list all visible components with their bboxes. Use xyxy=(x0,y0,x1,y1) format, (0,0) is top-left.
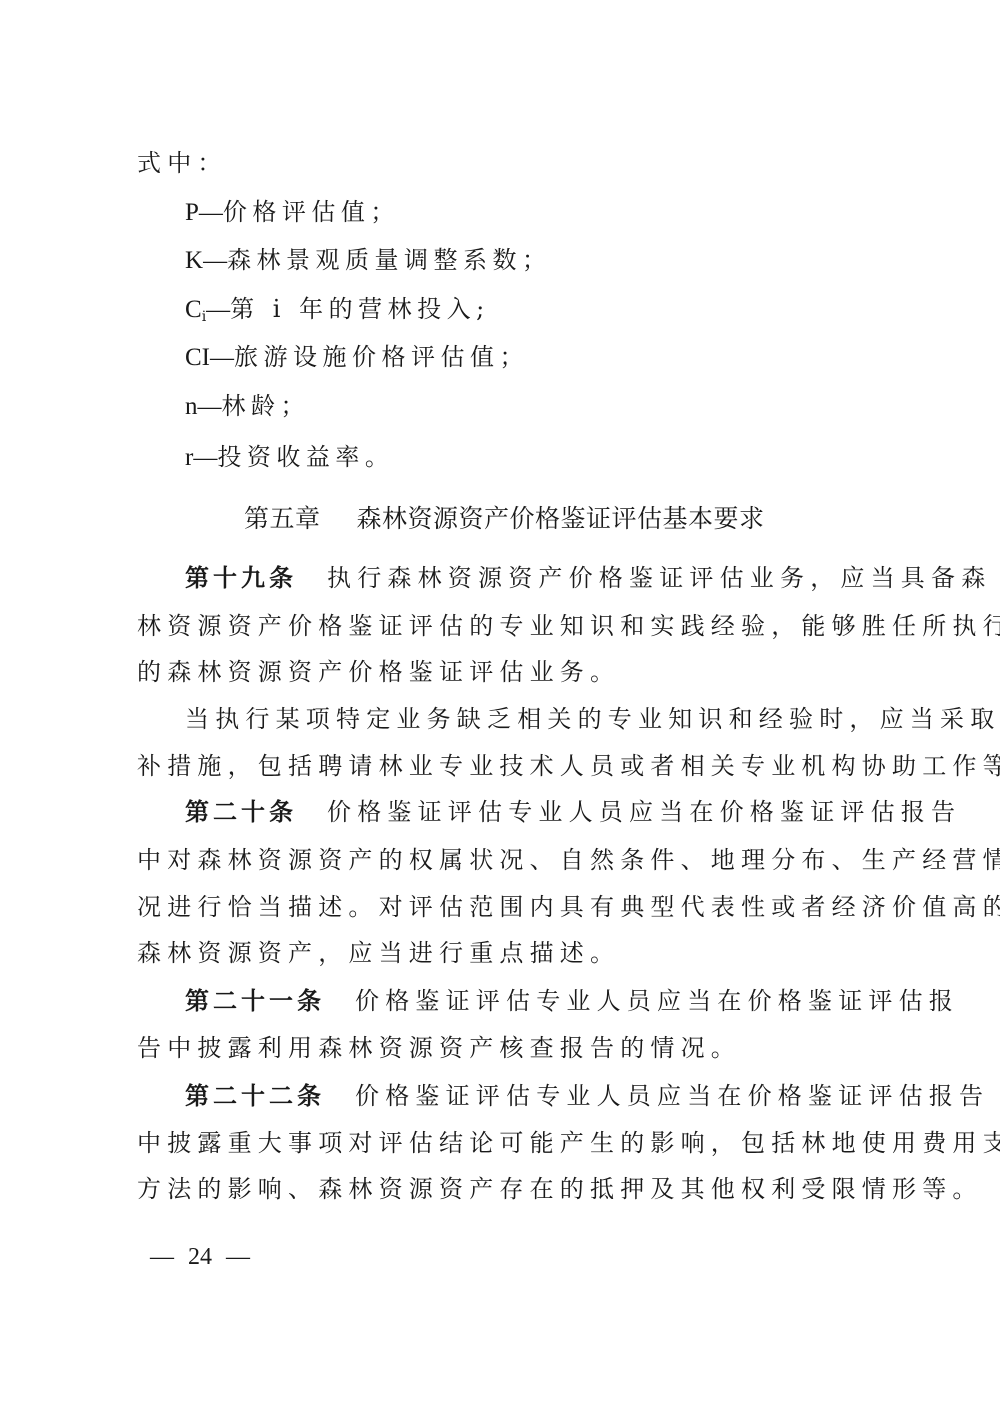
formula-legend-intro: 式中： xyxy=(137,146,228,180)
legend-dash: — xyxy=(210,345,234,371)
legend-desc: 投资收益率。 xyxy=(217,443,394,471)
article-label: 第二十二条 xyxy=(185,1082,325,1110)
article-22-line-3: 方法的影响、森林资源资产存在的抵押及其他权利受限情形等。 xyxy=(137,1172,983,1206)
article-text: 执行森林资源资产价格鉴证评估业务，应当具备森 xyxy=(327,564,991,592)
page-number-footer: —24— xyxy=(150,1240,250,1274)
legend-desc: 价格评估值； xyxy=(223,198,400,226)
legend-item-r: r—投资收益率。 xyxy=(185,440,394,474)
article-21-line-1: 第二十一条价格鉴证评估专业人员应当在价格鉴证评估报 xyxy=(185,984,959,1018)
page-number: 24 xyxy=(188,1244,212,1270)
chapter-heading: 第五章森林资源资产价格鉴证评估基本要求 xyxy=(244,502,765,536)
legend-symbol: CI xyxy=(185,344,210,371)
page-dash-right: — xyxy=(226,1244,250,1270)
legend-dash: — xyxy=(206,297,230,323)
legend-item-k: K—森林景观质量调整系数； xyxy=(185,243,552,277)
chapter-title: 森林资源资产价格鉴证评估基本要求 xyxy=(357,504,765,533)
legend-item-ci: CI—旅游设施价格评估值； xyxy=(185,340,529,374)
article-label: 第十九条 xyxy=(185,564,297,592)
article-19-para2-line-2: 补措施，包括聘请林业专业技术人员或者相关专业机构协助工作等。 xyxy=(137,749,1000,783)
legend-desc: 第 i 年的营林投入; xyxy=(230,295,490,323)
legend-desc: 林龄； xyxy=(222,392,311,420)
legend-item-n: n—林龄； xyxy=(185,389,310,423)
article-label: 第二十条 xyxy=(185,798,297,826)
article-19-line-1: 第十九条执行森林资源资产价格鉴证评估业务，应当具备森 xyxy=(185,561,991,595)
legend-item-p: P—价格评估值； xyxy=(185,195,400,229)
article-22-line-2: 中披露重大事项对评估结论可能产生的影响，包括林地使用费用支付 xyxy=(137,1126,1000,1160)
article-21-line-2: 告中披露利用森林资源资产核查报告的情况。 xyxy=(137,1031,741,1065)
article-19-para2-line-1: 当执行某项特定业务缺乏相关的专业知识和经验时，应当采取弥 xyxy=(185,702,1000,736)
article-text: 价格鉴证评估专业人员应当在价格鉴证评估报告 xyxy=(355,1082,989,1110)
article-19-line-2: 林资源资产价格鉴证评估的专业知识和实践经验，能够胜任所执行 xyxy=(137,609,1000,643)
legend-symbol: n xyxy=(185,393,198,420)
legend-desc: 旅游设施价格评估值； xyxy=(234,343,529,371)
legend-dash: — xyxy=(199,200,223,226)
article-20-line-4: 森林资源资产，应当进行重点描述。 xyxy=(137,936,620,970)
legend-symbol: C xyxy=(185,296,202,323)
page-dash-left: — xyxy=(150,1244,174,1270)
article-20-line-1: 第二十条价格鉴证评估专业人员应当在价格鉴证评估报告 xyxy=(185,795,961,829)
legend-symbol: P xyxy=(185,199,199,226)
article-20-line-3: 况进行恰当描述。对评估范围内具有典型代表性或者经济价值高的 xyxy=(137,890,1000,924)
legend-symbol: K xyxy=(185,247,203,274)
legend-item-ci-sub: Ci—第 i 年的营林投入; xyxy=(185,292,490,326)
article-text: 价格鉴证评估专业人员应当在价格鉴证评估报告 xyxy=(327,798,961,826)
article-19-line-3: 的森林资源资产价格鉴证评估业务。 xyxy=(137,655,620,689)
legend-desc: 森林景观质量调整系数； xyxy=(227,246,552,274)
article-text: 价格鉴证评估专业人员应当在价格鉴证评估报 xyxy=(355,987,959,1015)
chapter-number: 第五章 xyxy=(244,504,321,533)
article-20-line-2: 中对森林资源资产的权属状况、自然条件、地理分布、生产经营情 xyxy=(137,843,1000,877)
legend-dash: — xyxy=(203,248,227,274)
legend-dash: — xyxy=(193,445,217,471)
article-label: 第二十一条 xyxy=(185,987,325,1015)
article-22-line-1: 第二十二条价格鉴证评估专业人员应当在价格鉴证评估报告 xyxy=(185,1079,989,1113)
legend-dash: — xyxy=(198,394,222,420)
